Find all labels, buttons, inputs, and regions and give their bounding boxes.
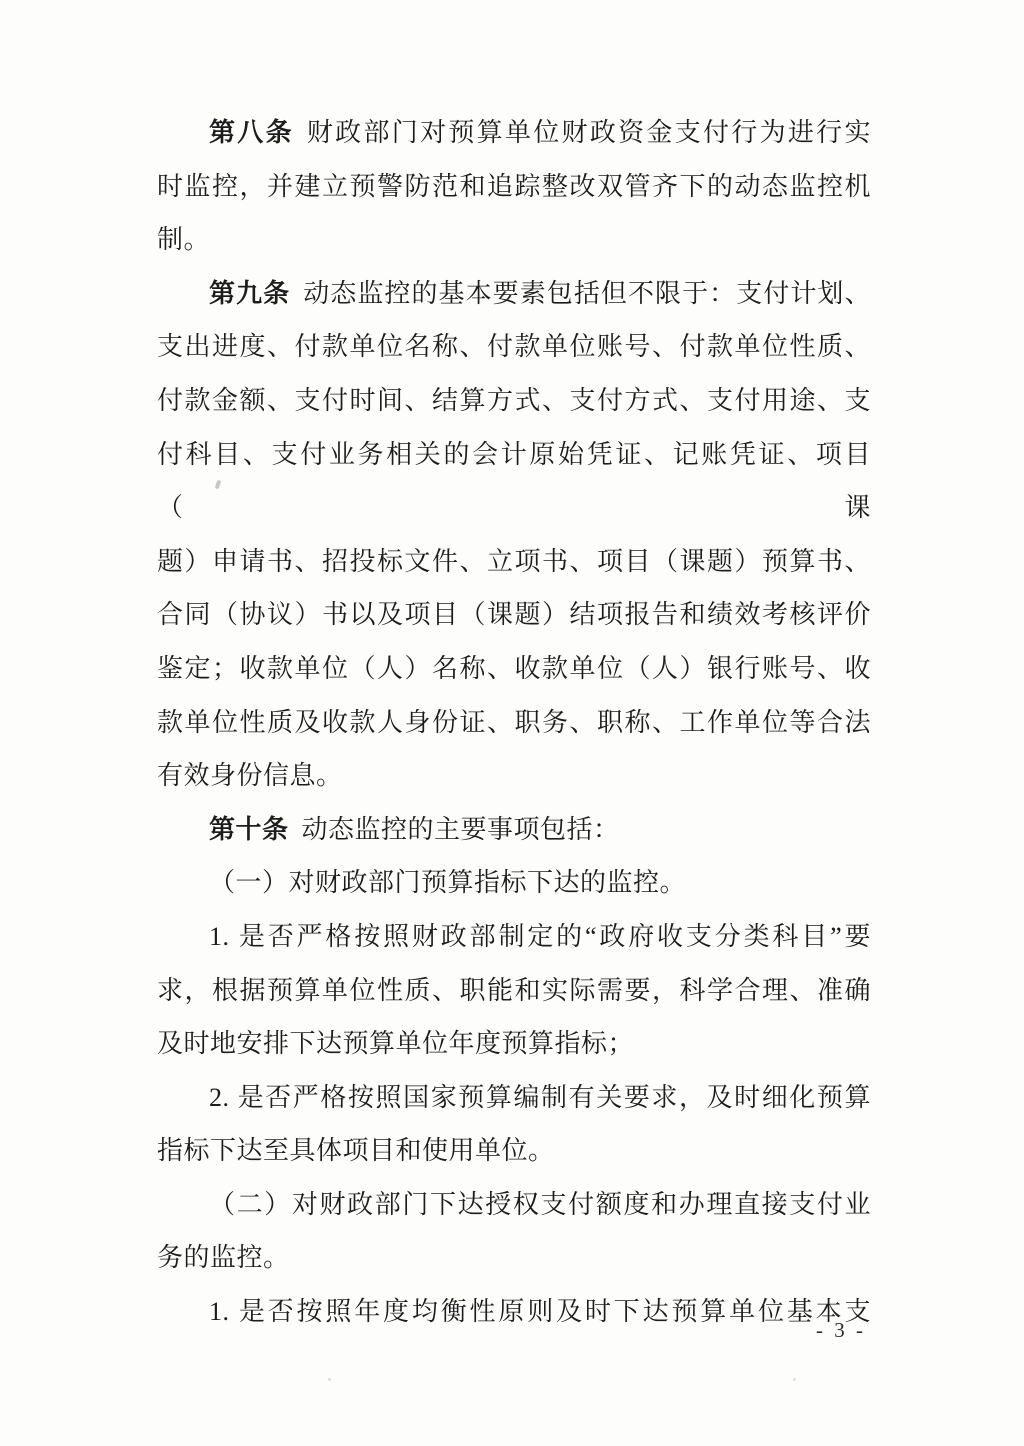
article-heading: 第八条 <box>209 117 294 147</box>
text-line: 1. 是否严格按照财政部制定的“政府收支分类科目”要 <box>157 910 871 964</box>
article-heading: 第九条 <box>209 278 290 308</box>
scan-artifact <box>793 1378 796 1381</box>
text-line: 鉴定；收款单位（人）名称、收款单位（人）银行账号、收 <box>157 642 871 696</box>
text-line: 1. 是否按照年度均衡性原则及时下达预算单位基本支 <box>157 1285 871 1339</box>
text-line: 合同（协议）书以及项目（课题）结项报告和绩效考核评价 <box>157 588 871 642</box>
text-line: 第八条财政部门对预算单位财政资金支付行为进行实 <box>157 106 871 160</box>
scanned-document-page: 第八条财政部门对预算单位财政资金支付行为进行实时监控，并建立预警防范和追踪整改双… <box>0 0 1024 1446</box>
text-line: 求，根据预算单位性质、职能和实际需要，科学合理、准确 <box>157 964 871 1018</box>
document-body: 第八条财政部门对预算单位财政资金支付行为进行实时监控，并建立预警防范和追踪整改双… <box>157 106 871 1339</box>
text-line: 时监控，并建立预警防范和追踪整改双管齐下的动态监控机 <box>157 160 871 214</box>
text-line: （一）对财政部门预算指标下达的监控。 <box>157 856 871 910</box>
text-line: 制。 <box>157 213 871 267</box>
text-line: 指标下达至具体项目和使用单位。 <box>157 1124 871 1178</box>
text-line: 款单位性质及收款人身份证、职务、职称、工作单位等合法 <box>157 696 871 750</box>
text-line: （二）对财政部门下达授权支付额度和办理直接支付业 <box>157 1178 871 1232</box>
text-line: 及时地安排下达预算单位年度预算指标； <box>157 1017 871 1071</box>
scan-artifact <box>328 1378 331 1381</box>
text-line: 第九条动态监控的基本要素包括但不限于：支付计划、 <box>157 267 871 321</box>
page-number: - 3 - <box>816 1318 866 1343</box>
text-line: 付科目、支付业务相关的会计原始凭证、记账凭证、项目（课 <box>157 428 871 535</box>
text-line: 付款金额、支付时间、结算方式、支付方式、支付用途、支 <box>157 374 871 428</box>
text-line: 务的监控。 <box>157 1231 871 1285</box>
text-line: 支出进度、付款单位名称、付款单位账号、付款单位性质、 <box>157 320 871 374</box>
text-line: 有效身份信息。 <box>157 749 871 803</box>
text-line: 2. 是否严格按照国家预算编制有关要求，及时细化预算 <box>157 1071 871 1125</box>
text-line: 第十条动态监控的主要事项包括： <box>157 803 871 857</box>
text-line: 题）申请书、招投标文件、立项书、项目（课题）预算书、 <box>157 535 871 589</box>
article-heading: 第十条 <box>209 814 289 844</box>
